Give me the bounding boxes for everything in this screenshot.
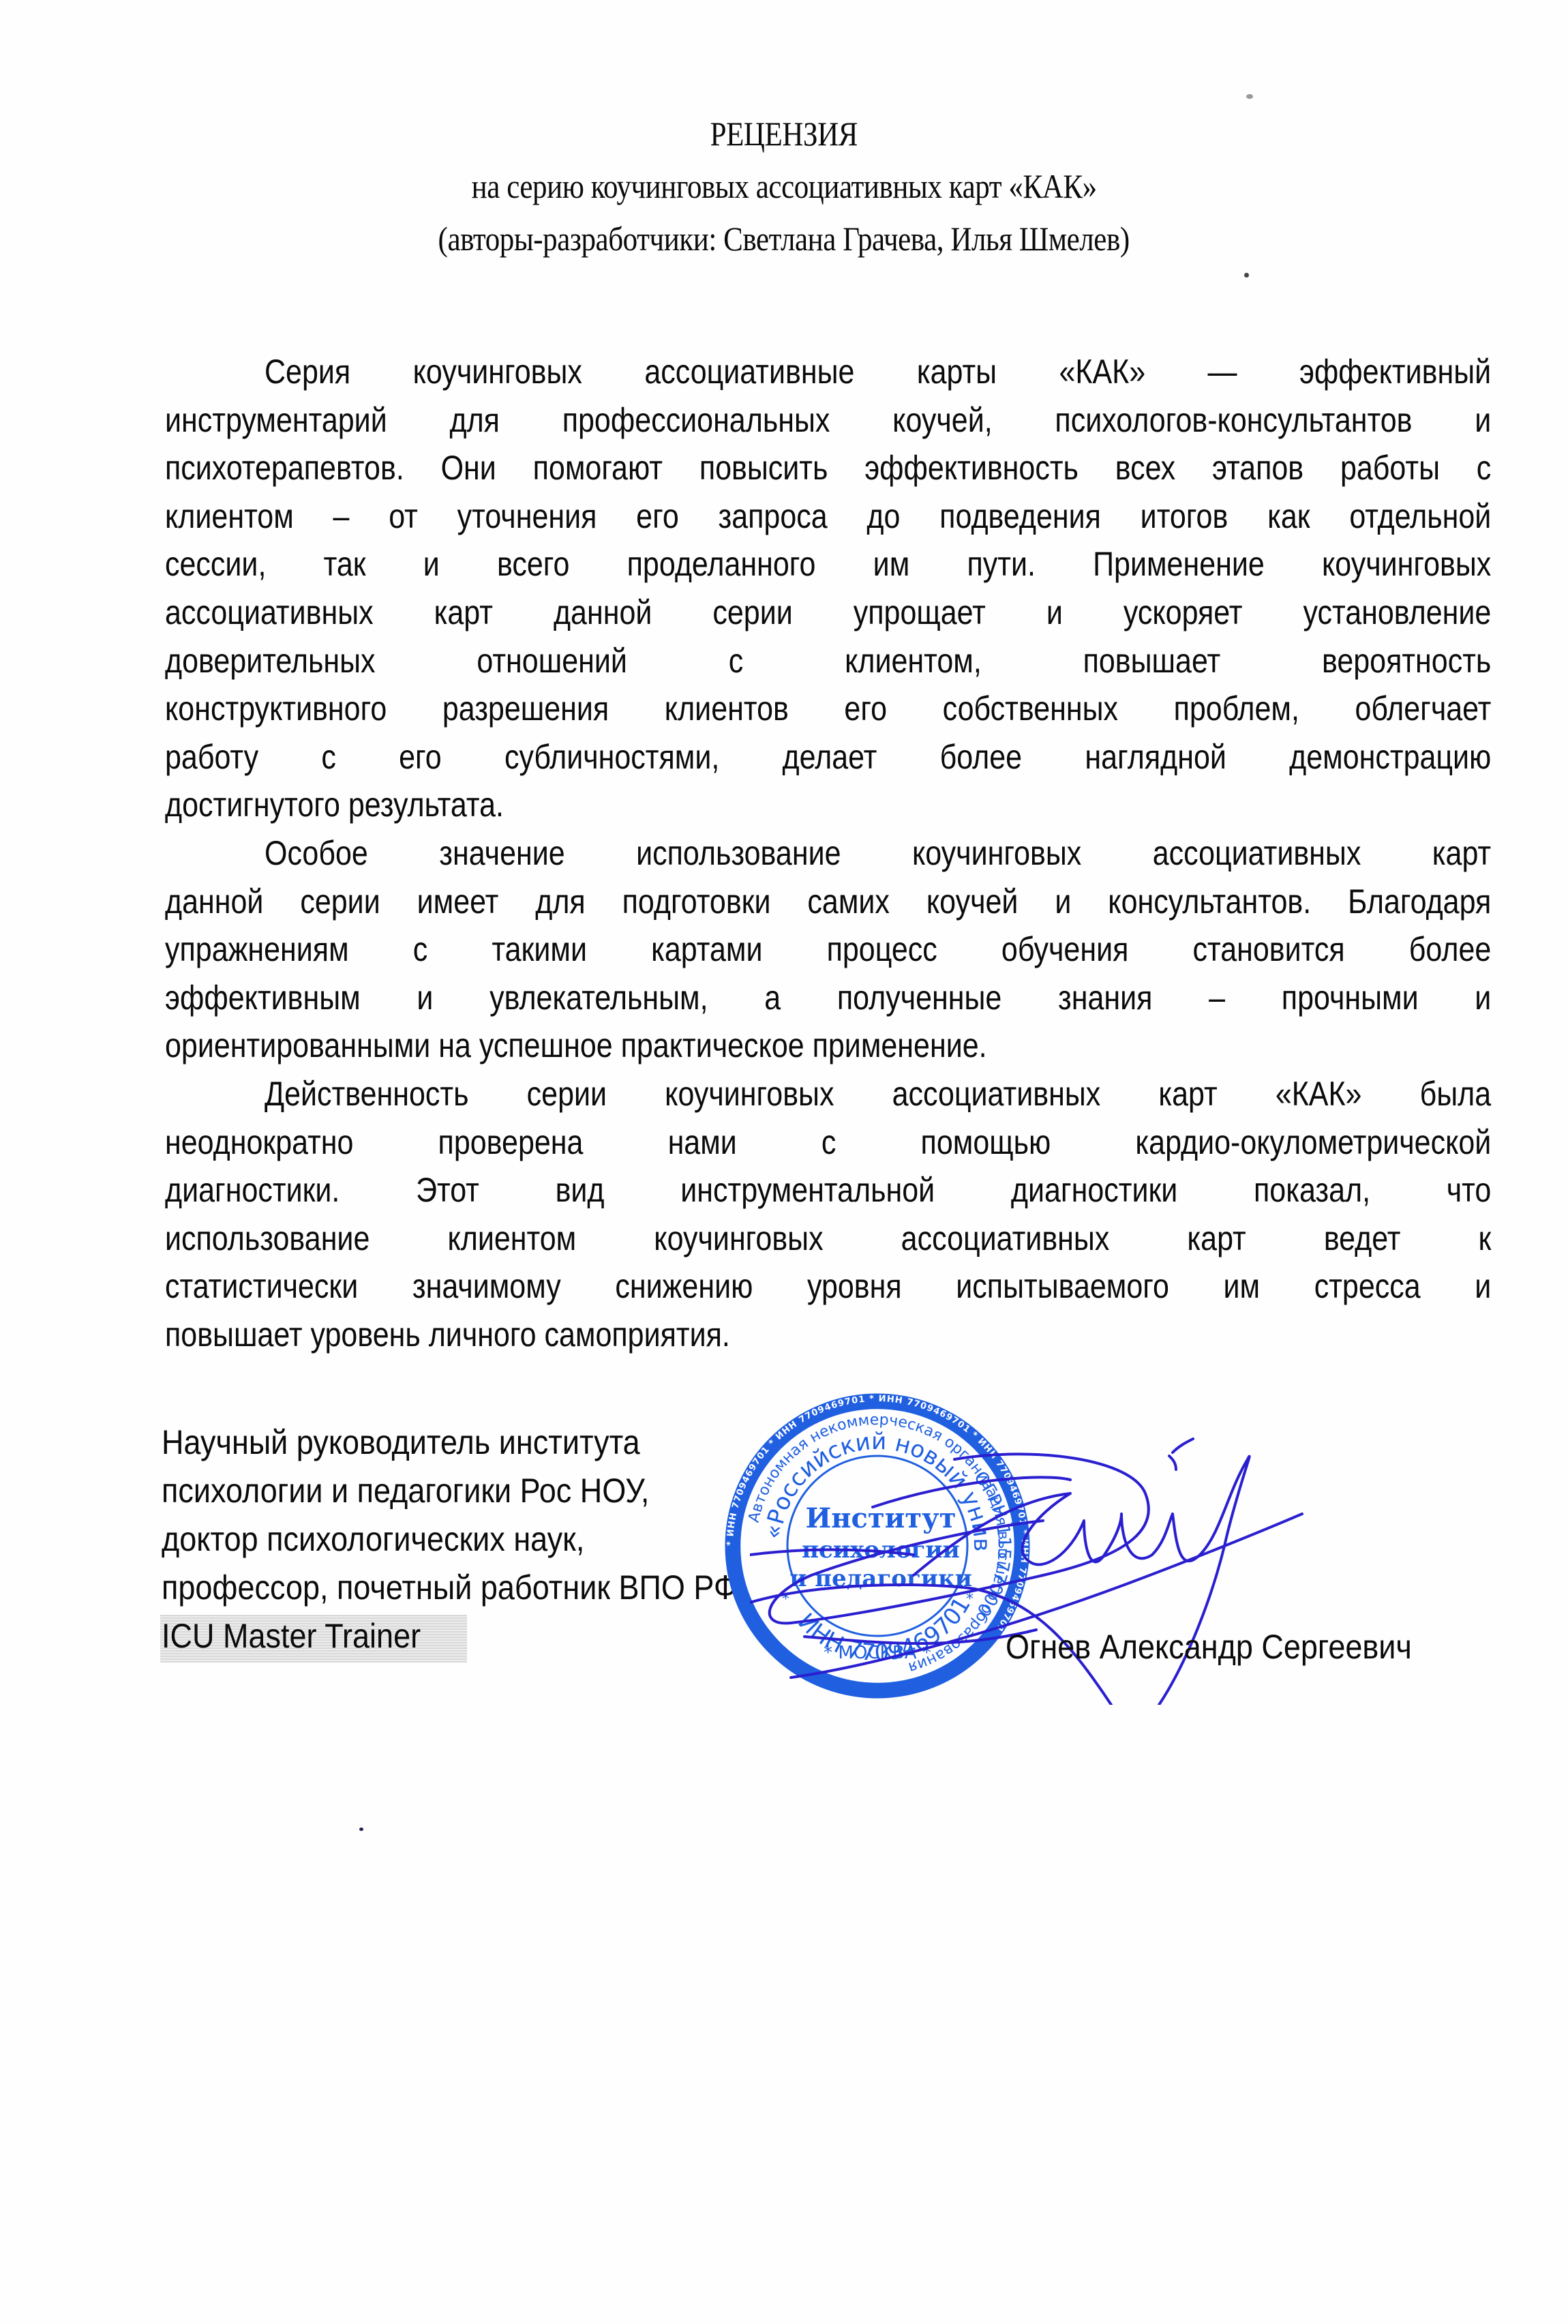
signatory-title-line: психологии и педагогики Рос НОУ, <box>162 1467 811 1515</box>
line-text: повышает уровень личного самоприятия. <box>165 1311 1491 1359</box>
line-text: эффективным и увлекательным, а полученны… <box>165 974 1491 1022</box>
text-line: сессии, так и всего проделанного им пути… <box>165 540 1491 589</box>
text-line: работу с его субличностями, делает более… <box>165 733 1491 781</box>
line-text: неоднократно проверена нами с помощью ка… <box>165 1118 1491 1167</box>
text-line: статистически значимому снижению уровня … <box>165 1262 1491 1311</box>
line-text: данной серии имеет для подготовки самих … <box>165 878 1491 926</box>
line-text: ориентированными на успешное практическо… <box>165 1022 1491 1070</box>
paragraph-1: Серия коучинговых ассоциативные карты «К… <box>165 348 1491 829</box>
signatory-text: профессор, почетный работник ВПО РФ, <box>162 1564 746 1612</box>
signatory-certification-line: ICU Master Trainer <box>162 1612 811 1660</box>
text-line: эффективным и увлекательным, а полученны… <box>165 974 1491 1022</box>
document-subtitle-2: (авторы-разработчики: Светлана Грачева, … <box>0 218 1568 259</box>
document-subtitle-1: на серию коучинговых ассоциативных карт … <box>0 166 1568 207</box>
line-text: ассоциативных карт данной серии упрощает… <box>165 589 1491 637</box>
text-line: достигнутого результата. <box>165 781 1491 829</box>
text-line: ассоциативных карт данной серии упрощает… <box>165 589 1491 637</box>
text-line: инструментарий для профессиональных коуч… <box>165 396 1491 445</box>
subtitle-text-1: на серию коучинговых ассоциативных карт … <box>471 166 1096 207</box>
line-text: упражнениям с такими картами процесс обу… <box>165 925 1491 974</box>
paragraph-3: Действенность серии коучинговых ассоциат… <box>165 1070 1491 1359</box>
title-text: РЕЦЕНЗИЯ <box>710 113 858 154</box>
text-line: клиентом – от уточнения его запроса до п… <box>165 492 1491 541</box>
line-text: сессии, так и всего проделанного им пути… <box>165 540 1491 589</box>
signatory-title-line: доктор психологических наук, <box>162 1515 811 1564</box>
signatory-title-line: профессор, почетный работник ВПО РФ, <box>162 1564 811 1612</box>
text-line: Серия коучинговых ассоциативные карты «К… <box>165 348 1491 396</box>
line-text: использование клиентом коучинговых ассоц… <box>165 1215 1491 1263</box>
signatory-text: Научный руководитель института <box>162 1418 640 1467</box>
text-line: использование клиентом коучинговых ассоц… <box>165 1215 1491 1263</box>
scan-speck <box>359 1828 363 1831</box>
scan-speck <box>1244 273 1249 278</box>
signatory-text: доктор психологических наук, <box>162 1515 584 1564</box>
subtitle-text-2: (авторы-разработчики: Светлана Грачева, … <box>438 218 1130 259</box>
text-line: данной серии имеет для подготовки самих … <box>165 878 1491 926</box>
line-text: клиентом – от уточнения его запроса до п… <box>165 492 1491 541</box>
line-text: Серия коучинговых ассоциативные карты «К… <box>265 348 1491 396</box>
text-line: конструктивного разрешения клиентов его … <box>165 685 1491 733</box>
line-text: статистически значимому снижению уровня … <box>165 1262 1491 1311</box>
line-text: доверительных отношений с клиентом, повы… <box>165 637 1491 685</box>
line-text: работу с его субличностями, делает более… <box>165 733 1491 781</box>
line-text: Действенность серии коучинговых ассоциат… <box>265 1070 1491 1118</box>
text-line: Особое значение использование коучинговы… <box>165 829 1491 878</box>
signatory-name-text: Огнев Александр Сергеевич <box>1006 1623 1412 1671</box>
text-line: неоднократно проверена нами с помощью ка… <box>165 1118 1491 1167</box>
line-text: Особое значение использование коучинговы… <box>265 829 1491 878</box>
scan-speck <box>1246 94 1253 99</box>
text-line: Действенность серии коучинговых ассоциат… <box>165 1070 1491 1118</box>
line-text: диагностики. Этот вид инструментальной д… <box>165 1166 1491 1215</box>
paragraph-2: Особое значение использование коучинговы… <box>165 829 1491 1070</box>
signatory-name: Огнев Александр Сергеевич <box>1006 1623 1457 1671</box>
text-line: диагностики. Этот вид инструментальной д… <box>165 1166 1491 1215</box>
line-text: инструментарий для профессиональных коуч… <box>165 396 1491 445</box>
line-text: достигнутого результата. <box>165 781 1491 829</box>
document-page: РЕЦЕНЗИЯ на серию коучинговых ассоциатив… <box>0 0 1568 2324</box>
signatory-text: ICU Master Trainer <box>162 1612 421 1660</box>
text-line: доверительных отношений с клиентом, повы… <box>165 637 1491 685</box>
signatory-block: Научный руководитель института психологи… <box>162 1418 811 1660</box>
text-line: психотерапевтов. Они помогают повысить э… <box>165 444 1491 492</box>
signatory-text: психологии и педагогики Рос НОУ, <box>162 1467 649 1515</box>
document-title: РЕЦЕНЗИЯ <box>0 113 1568 154</box>
line-text: конструктивного разрешения клиентов его … <box>165 685 1491 733</box>
text-line: ориентированными на успешное практическо… <box>165 1022 1491 1070</box>
line-text: психотерапевтов. Они помогают повысить э… <box>165 444 1491 492</box>
review-body: Серия коучинговых ассоциативные карты «К… <box>165 348 1491 1358</box>
signatory-title-line: Научный руководитель института <box>162 1418 811 1467</box>
text-line: повышает уровень личного самоприятия. <box>165 1311 1491 1359</box>
text-line: упражнениям с такими картами процесс обу… <box>165 925 1491 974</box>
